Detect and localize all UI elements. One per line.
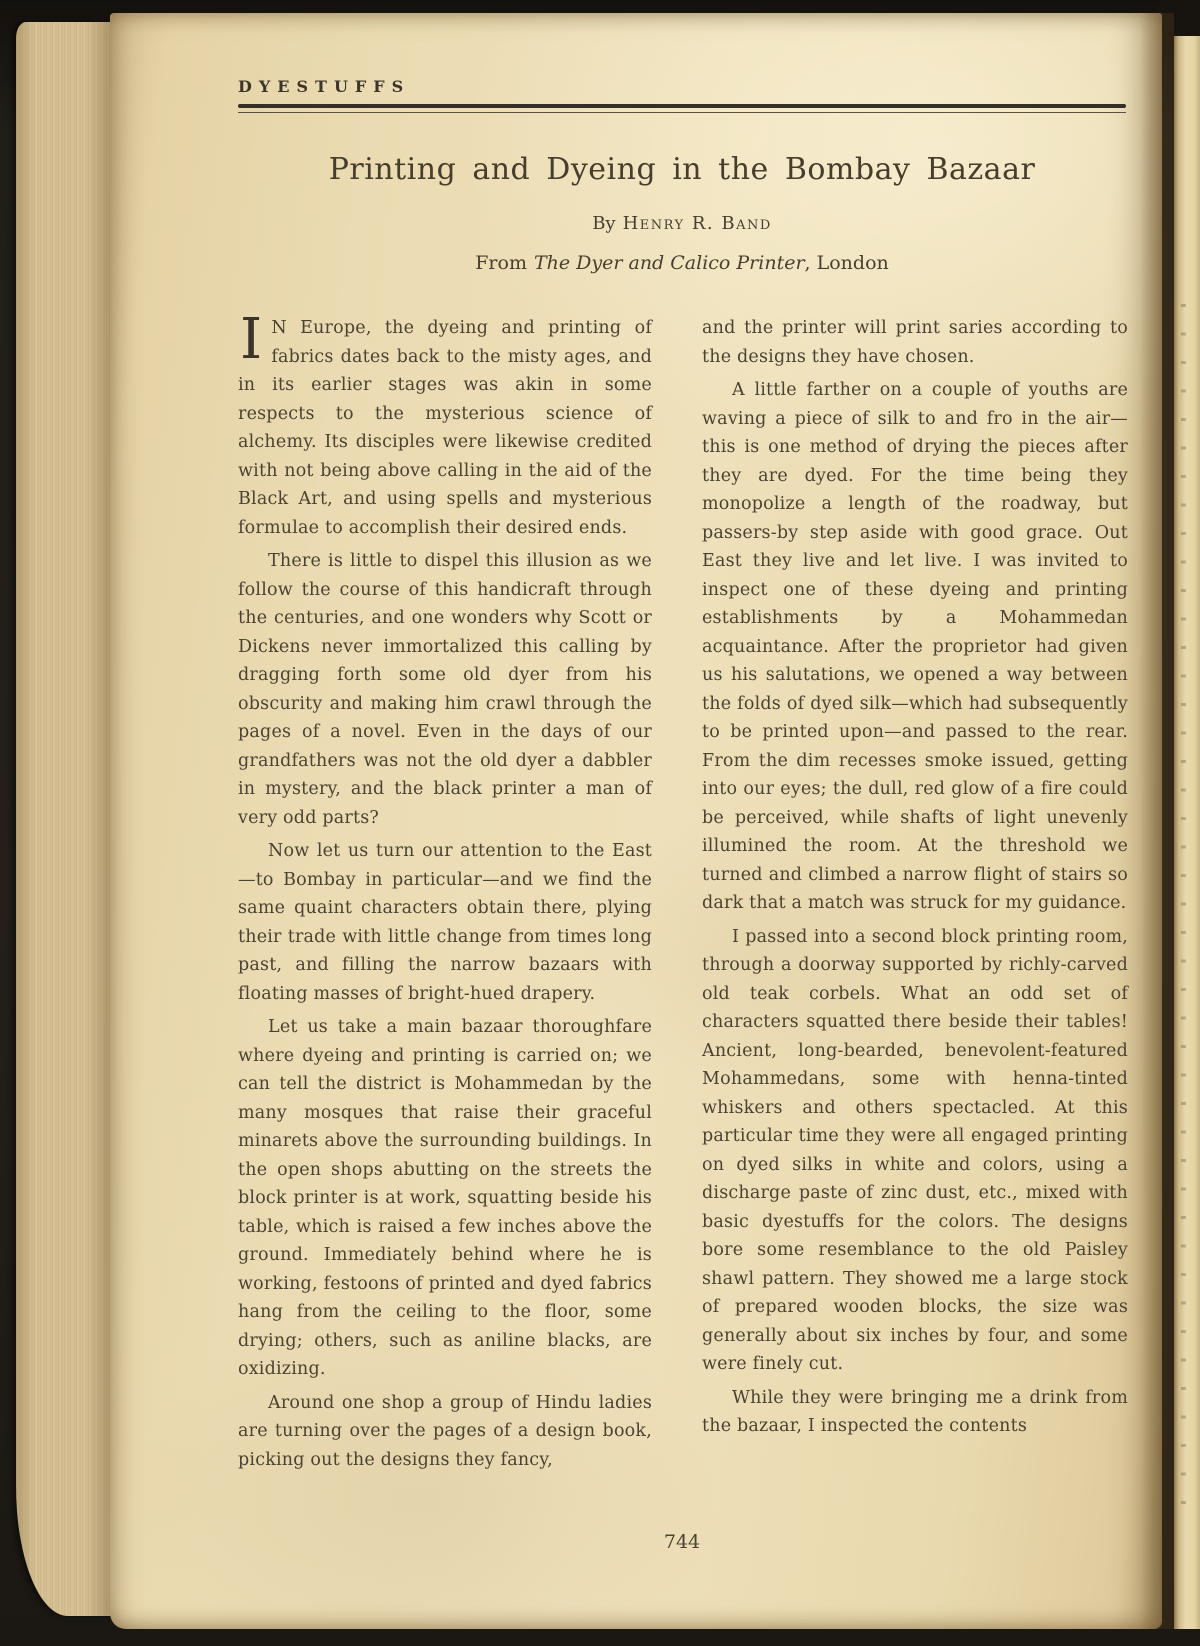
source-prefix: From — [475, 252, 527, 274]
gutter-fold-shadow — [1140, 13, 1174, 1629]
left-text-column: IN Europe, the dyeing and printing of fa… — [238, 314, 652, 1479]
header-rule-thin — [238, 112, 1126, 113]
body-paragraph: Let us take a main bazaar thoroughfare w… — [238, 1013, 652, 1384]
section-label: DYESTUFFS — [238, 77, 410, 96]
article-title: Printing and Dyeing in the Bombay Bazaar — [238, 152, 1126, 187]
byline-prefix: By — [592, 213, 615, 234]
page-number: 744 — [238, 1531, 1126, 1553]
page-edge-stack — [16, 22, 116, 1616]
body-paragraph: Around one shop a group of Hindu ladies … — [238, 1389, 652, 1475]
next-page-sliver — [1174, 36, 1200, 1629]
author-name: Henry R. Band — [623, 213, 772, 234]
clipped-text-fragments — [1181, 304, 1186, 1509]
journal-page: DYESTUFFS Printing and Dyeing in the Bom… — [110, 13, 1162, 1629]
byline: ByHenry R. Band — [238, 213, 1126, 234]
journal-title: The Dyer and Calico Printer — [534, 252, 805, 274]
body-paragraph: and the printer will print saries accord… — [702, 314, 1128, 371]
book-scan: { "colors": { "cover": "#211e18", "paper… — [0, 0, 1200, 1646]
header-rule-thick — [238, 104, 1126, 108]
source-suffix: , London — [805, 252, 889, 274]
right-text-column: and the printer will print saries accord… — [702, 314, 1128, 1446]
source-line: FromThe Dyer and Calico Printer, London — [238, 252, 1126, 274]
body-paragraph: Now let us turn our attention to the Eas… — [238, 837, 652, 1008]
body-paragraph: A little farther on a couple of youths a… — [702, 376, 1128, 918]
body-paragraph: IN Europe, the dyeing and printing of fa… — [238, 314, 652, 542]
drop-cap: I — [238, 314, 271, 362]
body-paragraph: I passed into a second block printing ro… — [702, 923, 1128, 1379]
body-paragraph: While they were bringing me a drink from… — [702, 1384, 1128, 1441]
body-paragraph: There is little to dispel this illusion … — [238, 547, 652, 832]
